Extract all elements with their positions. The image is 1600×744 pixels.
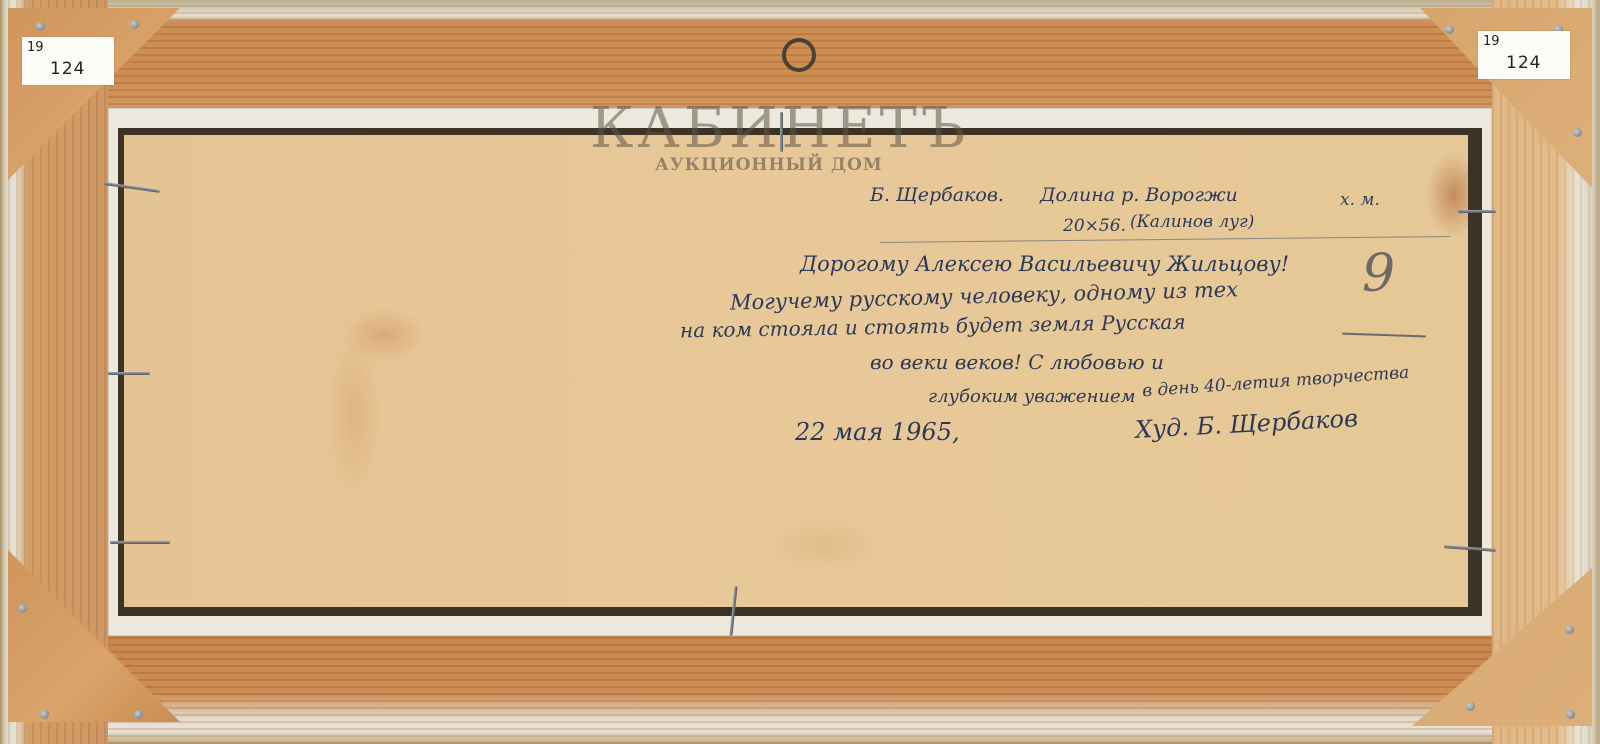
nail-head-icon [18,604,27,613]
nail-head-icon [1566,710,1575,719]
inscription-date: 22 мая 1965, [795,418,960,446]
lot-label-top-left: 19 124 [22,37,114,85]
pencil-mark: 9 [1362,244,1395,304]
inscription-artist: Б. Щербаков. [870,184,1004,206]
inscription-size: 20×56. [1063,216,1126,236]
dedication-line-1: Дорогому Алексею Васильевичу Жильцову! [800,252,1289,276]
lot-label-top-right: 19 124 [1478,31,1570,79]
inscription-subtitle: (Калинов луг) [1130,212,1254,232]
dedication-line-4: во веки веков! С любовью и [870,350,1164,374]
hanging-ring-icon [782,38,816,72]
nail-head-icon [1573,128,1582,137]
nail-head-icon [1445,25,1454,34]
nail-head-icon [134,710,143,719]
watermark-title: КАБИНЕТЪ [590,96,969,161]
nail-head-icon [40,710,49,719]
watermark-subtitle: АУКЦИОННЫЙ ДОМ [655,155,883,175]
inscription-medium: х. м. [1340,190,1380,210]
cardboard-backing [124,135,1468,607]
lot-label-line1: 19 [1483,34,1500,49]
nail-head-icon [130,20,139,29]
retaining-pin [110,541,170,544]
nail-head-icon [36,22,45,31]
nail-head-icon [1565,625,1574,634]
lot-label-line1: 19 [27,40,44,55]
nail-head-icon [1466,702,1475,711]
lot-label-line2: 124 [50,59,85,79]
dedication-line-5: глубоким уважением [928,386,1136,407]
lot-label-line2: 124 [1506,53,1541,73]
inscription-title: Долина р. Ворогжи [1040,184,1238,206]
retaining-pin [108,372,150,375]
retaining-pin [1458,210,1496,213]
frame-bottom-rail [0,632,1600,744]
